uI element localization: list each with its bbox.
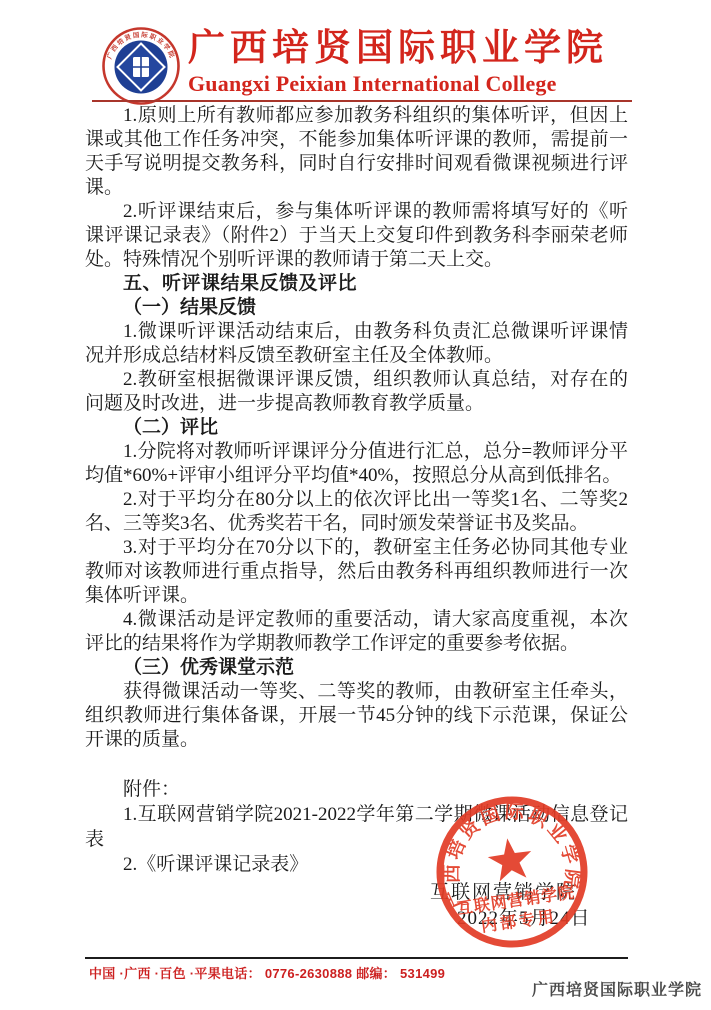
footer-divider [85, 957, 628, 959]
star-icon [486, 835, 535, 882]
section-subheading: （一）结果反馈 [85, 296, 628, 320]
official-seal-stamp: 广西培贤国际职业学院 互联网营销学院 内部专用 [433, 793, 591, 951]
paragraph: 2.对于平均分在80分以上的依次评比出一等奖1名、二等奖2名、三等奖3名、优秀奖… [85, 488, 628, 536]
paragraph: 2.听评课结束后，参与集体听评课的教师需将填写好的《听课评课记录表》（附件2）于… [85, 200, 628, 272]
section-heading: 五、听评课结果反馈及评比 [85, 272, 628, 296]
document-body: 1.原则上所有教师都应参加教务科组织的集体听评，但因上课或其他工作任务冲突，不能… [85, 104, 628, 877]
college-name-en: Guangxi Peixian International College [188, 71, 633, 97]
paragraph: 1.分院将对教师听评课评分分值进行汇总，总分=教师评分平均值*60%+评审小组评… [85, 440, 628, 488]
seal-center-line1: 互联网营销学院 [456, 883, 577, 918]
header-divider [92, 100, 632, 102]
paragraph: 1.微课听评课活动结束后，由教务科负责汇总微课听评课情况并形成总结材料反馈至教研… [85, 320, 628, 368]
paragraph: 3.对于平均分在70分以下的，教研室主任务必协同其他专业教师对该教师进行重点指导… [85, 536, 628, 608]
paragraph: 1.原则上所有教师都应参加教务科组织的集体听评，但因上课或其他工作任务冲突，不能… [85, 104, 628, 200]
document-page: 广西培贤国际职业学院 广西培贤国际职业学院 Guangxi Peixian In… [0, 0, 711, 1010]
section-subheading: （三）优秀课堂示范 [85, 656, 628, 680]
header-title-block: 广西培贤国际职业学院 Guangxi Peixian International… [188, 28, 633, 97]
section-subheading: （二）评比 [85, 416, 628, 440]
footer-college-name: 广西培贤国际职业学院 [532, 977, 702, 1000]
college-emblem-icon: 广西培贤国际职业学院 [95, 26, 187, 106]
paragraph: 4.微课活动是评定教师的重要活动，请大家高度重视，本次评比的结果将作为学期教师教… [85, 608, 628, 656]
paragraph: 获得微课活动一等奖、二等奖的教师，由教研室主任牵头，组织教师进行集体备课，开展一… [85, 680, 628, 752]
college-name-zh: 广西培贤国际职业学院 [188, 28, 633, 71]
paragraph: 2.教研室根据微课评课反馈，组织教师认真总结，对存在的问题及时改进，进一步提高教… [85, 368, 628, 416]
footer-contact-info: 中国 ·广西 ·百色 ·平果电话： 0776-2630888 邮编： 53149… [89, 963, 445, 982]
